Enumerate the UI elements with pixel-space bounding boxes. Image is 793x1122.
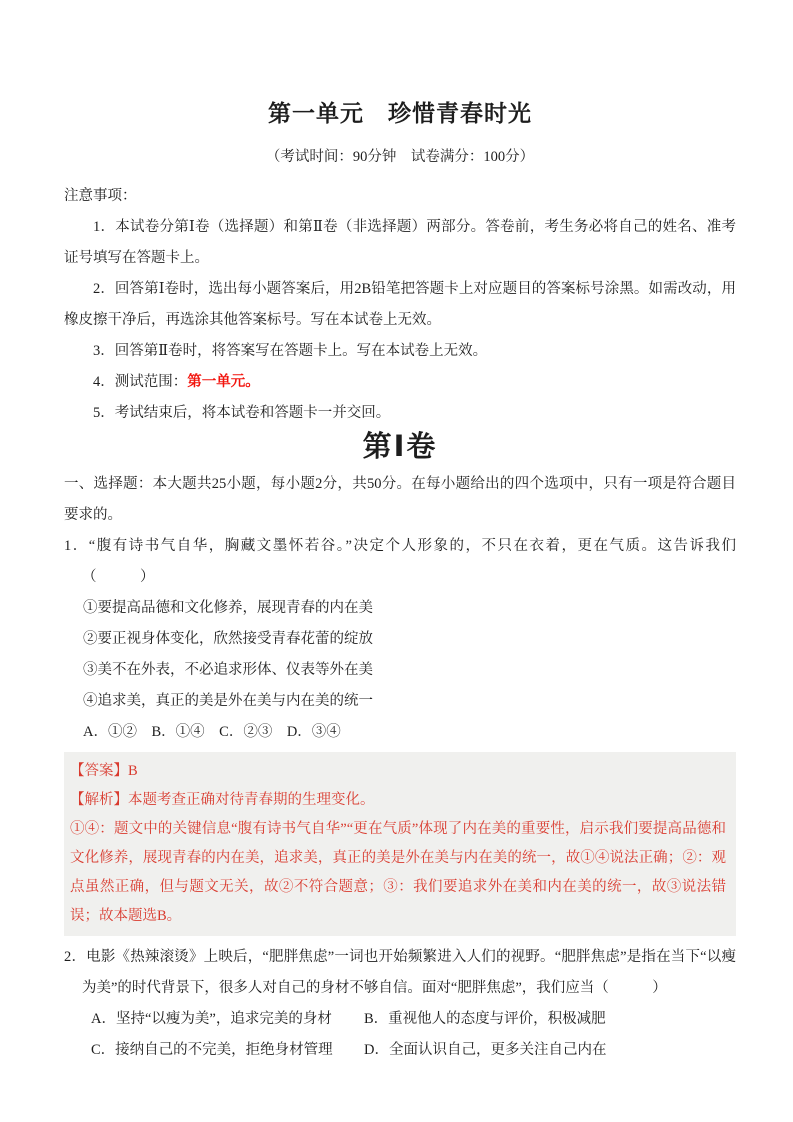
question-2-options-row-1: A．坚持“以瘦为美”，追求完美的身材 B．重视他人的态度与评价，积极减肥: [64, 1004, 736, 1035]
exam-scope-highlight: 第一单元。: [187, 374, 260, 390]
answer-label: 【答案】: [70, 763, 128, 779]
question-1-text: “腹有诗书气自华，胸藏文墨怀若谷。”决定个人形象的，不只在衣着，更在气质。这告诉…: [82, 538, 736, 585]
question-1-item-3: ③美不在外表，不必追求形体、仪表等外在美: [64, 655, 736, 686]
question-2: 2．电影《热辣滚烫》上映后，“肥胖焦虑”一词也开始频繁进入人们的视野。“肥胖焦虑…: [64, 942, 736, 1066]
analysis-text: 本题考查正确对待青春期的生理变化。: [128, 792, 375, 808]
notice-item-4-prefix: 4．测试范围：: [93, 374, 187, 390]
notice-item-4: 4．测试范围：第一单元。: [64, 367, 736, 398]
explanation-text: ①④：题文中的关键信息“腹有诗书气自华”“更在气质”体现了内在美的重要性，启示我…: [70, 815, 726, 931]
option-a: A．坚持“以瘦为美”，追求完美的身材: [91, 1004, 364, 1035]
question-1-number: 1．: [64, 538, 89, 554]
notice-label: 注意事项：: [64, 181, 736, 212]
notice-item-5: 5．考试结束后，将本试卷和答题卡一并交回。: [64, 398, 736, 429]
analysis-label: 【解析】: [70, 792, 128, 808]
option-b: B．重视他人的态度与评价，积极减肥: [364, 1004, 736, 1035]
section-intro: 一、选择题：本大题共25小题，每小题2分，共50分。在每小题给出的四个选项中，只…: [64, 469, 736, 531]
option-c: C．接纳自己的不完美，拒绝身材管理: [91, 1035, 364, 1066]
notice-item-2: 2．回答第Ⅰ卷时，选出每小题答案后，用2B铅笔把答题卡上对应题目的答案标号涂黑。…: [64, 274, 736, 336]
answer-value: B: [128, 763, 138, 779]
part1-heading: 第Ⅰ卷: [64, 429, 736, 465]
page-title: 第一单元 珍惜青春时光: [64, 96, 736, 130]
question-2-options-row-2: C．接纳自己的不完美，拒绝身材管理 D．全面认识自己，更多关注自己内在: [64, 1035, 736, 1066]
answer-block: 【答案】B 【解析】本题考查正确对待青春期的生理变化。 ①④：题文中的关键信息“…: [64, 752, 736, 936]
question-2-stem: 2．电影《热辣滚烫》上映后，“肥胖焦虑”一词也开始频繁进入人们的视野。“肥胖焦虑…: [64, 942, 736, 1004]
question-1-item-4: ④追求美，真正的美是外在美与内在美的统一: [64, 686, 736, 717]
notice-item-3: 3．回答第Ⅱ卷时，将答案写在答题卡上。写在本试卷上无效。: [64, 336, 736, 367]
question-1-stem: 1．“腹有诗书气自华，胸藏文墨怀若谷。”决定个人形象的，不只在衣着，更在气质。这…: [64, 531, 736, 593]
analysis-line: 【解析】本题考查正确对待青春期的生理变化。: [70, 786, 726, 815]
question-1: 1．“腹有诗书气自华，胸藏文墨怀若谷。”决定个人形象的，不只在衣着，更在气质。这…: [64, 531, 736, 936]
question-2-number: 2．: [64, 949, 86, 965]
question-1-item-1: ①要提高品德和文化修养，展现青春的内在美: [64, 593, 736, 624]
exam-meta: （考试时间：90分钟 试卷满分：100分）: [64, 142, 736, 173]
question-1-item-2: ②要正视身体变化，欣然接受青春花蕾的绽放: [64, 624, 736, 655]
question-2-text: 电影《热辣滚烫》上映后，“肥胖焦虑”一词也开始频繁进入人们的视野。“肥胖焦虑”是…: [82, 949, 736, 996]
exam-document: 第一单元 珍惜青春时光 （考试时间：90分钟 试卷满分：100分） 注意事项： …: [0, 0, 793, 1122]
answer-line: 【答案】B: [70, 757, 726, 786]
notice-item-1: 1．本试卷分第Ⅰ卷（选择题）和第Ⅱ卷（非选择题）两部分。答卷前，考生务必将自己的…: [64, 212, 736, 274]
option-d: D．全面认识自己，更多关注自己内在: [364, 1035, 736, 1066]
question-1-options: A．①② B．①④ C．②③ D．③④: [64, 717, 736, 748]
